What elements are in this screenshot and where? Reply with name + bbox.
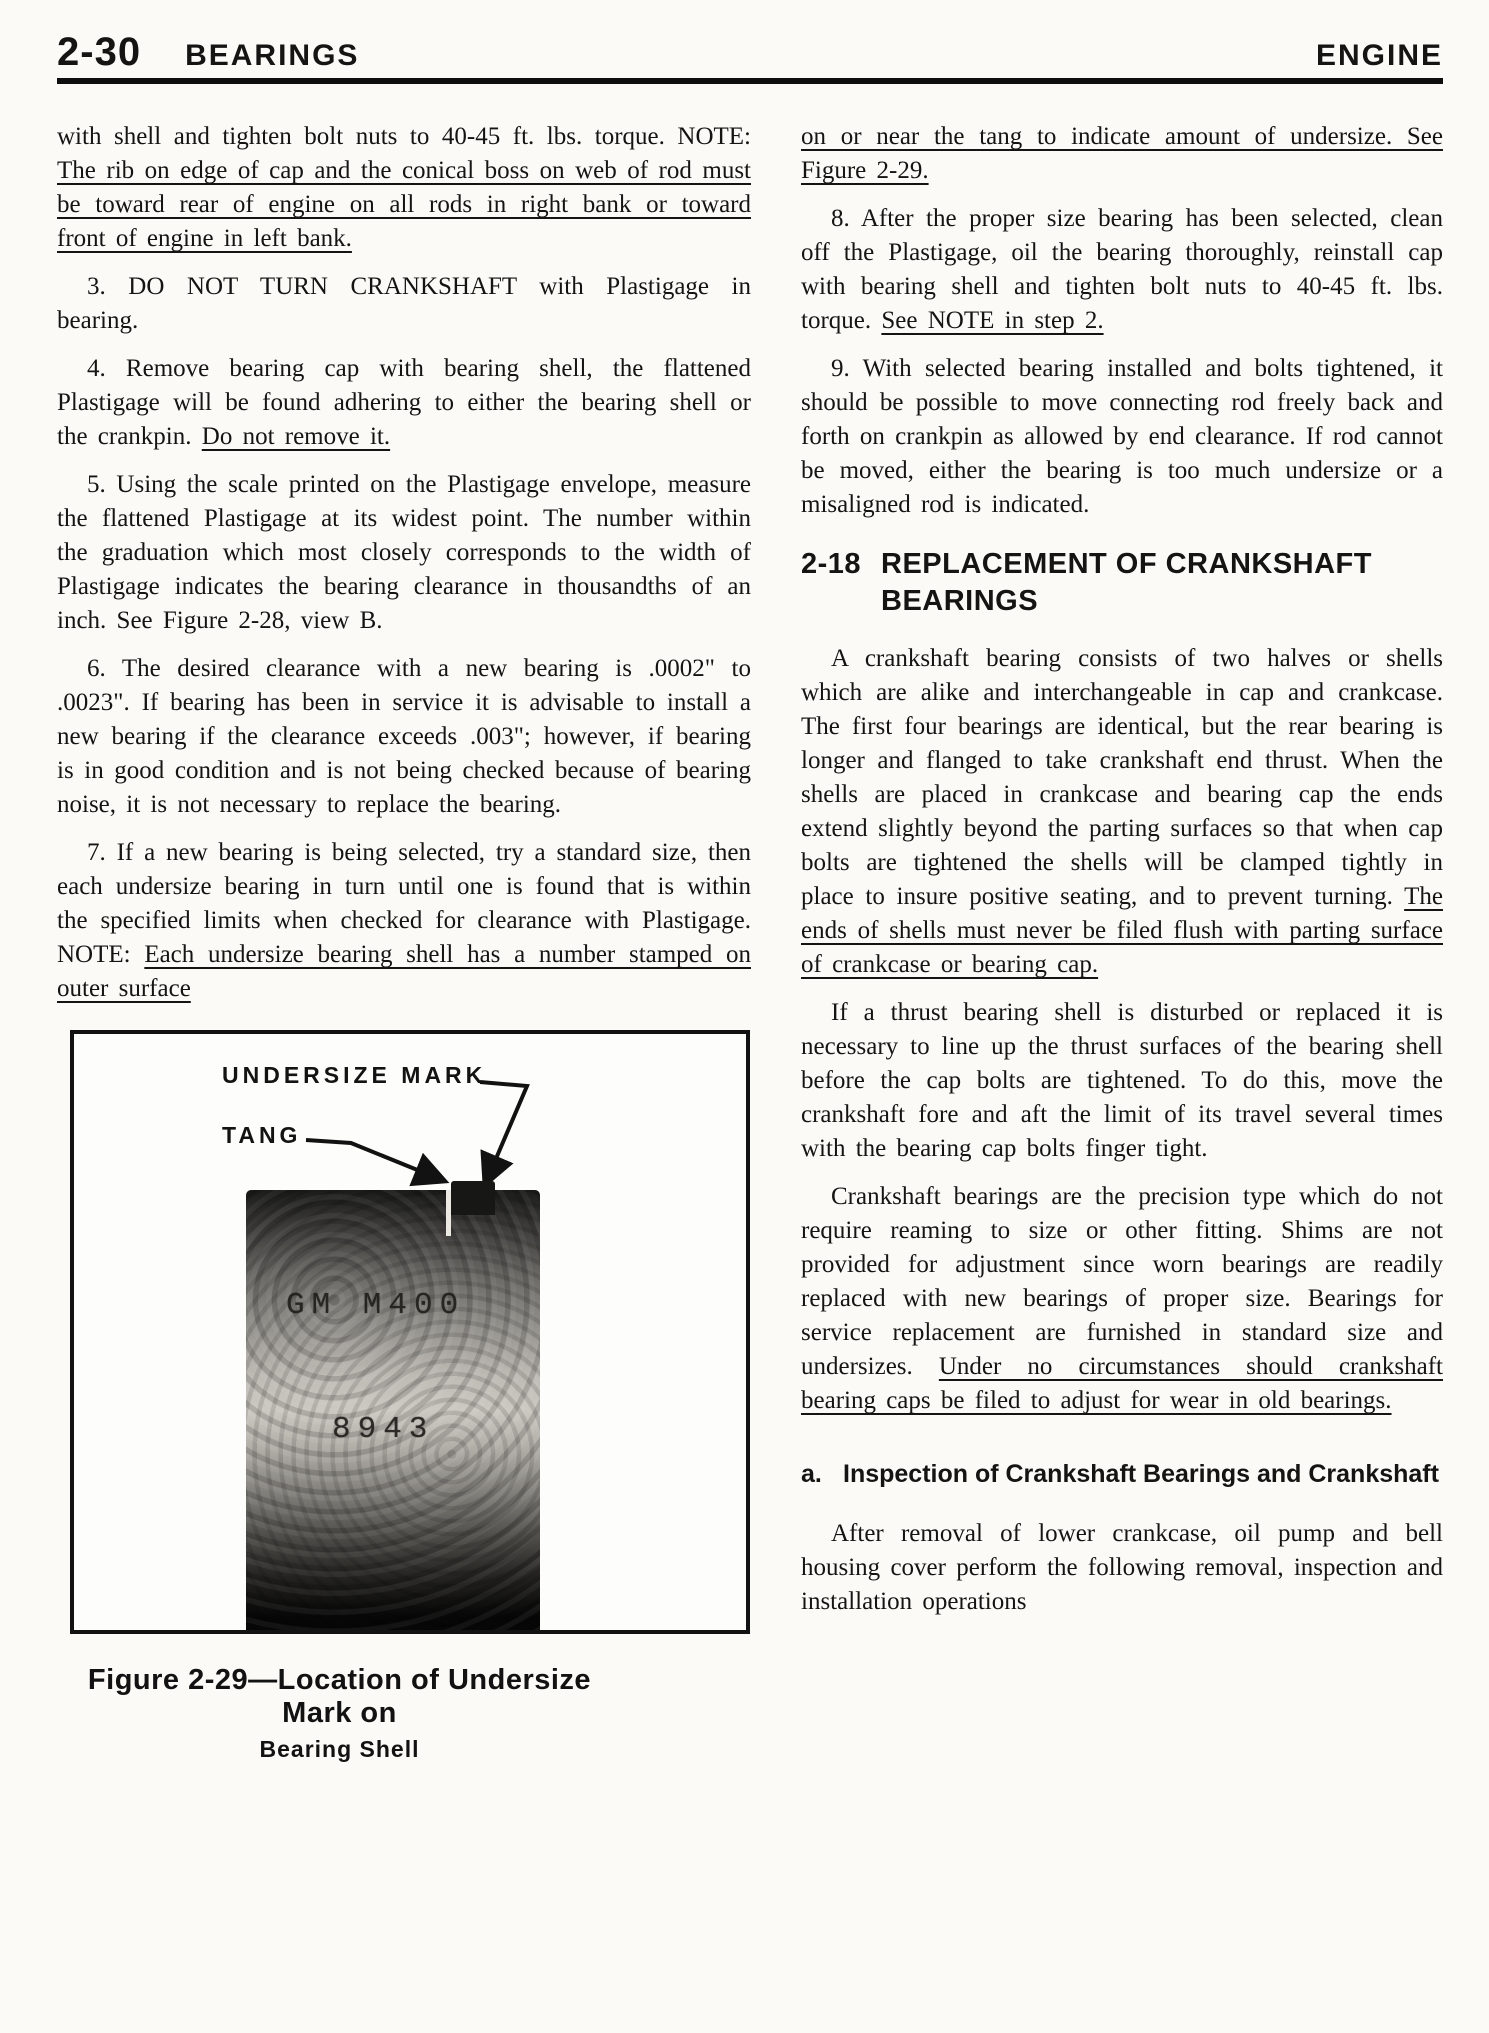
paragraph-step-7: 7. If a new bearing is being selected, t…	[57, 836, 751, 1006]
paragraph-step-3: 3. DO NOT TURN CRANKSHAFT with Plastigag…	[57, 270, 751, 338]
page-chapter-title: ENGINE	[1316, 39, 1443, 73]
tang-arrow	[306, 1140, 442, 1180]
paragraph-crankshaft-bearing: A crankshaft bearing consists of two hal…	[801, 642, 1443, 982]
underlined-text: See NOTE in step 2.	[881, 307, 1103, 334]
underlined-text: The rib on edge of cap and the conical b…	[57, 157, 751, 252]
paragraph-text: 3. DO NOT TURN CRANKSHAFT with Plastigag…	[57, 273, 751, 334]
paragraph-step-8: 8. After the proper size bearing has bee…	[801, 202, 1443, 338]
section-title: REPLACEMENT OF CRANKSHAFT BEARINGS	[881, 546, 1443, 620]
shell-stamp-serial: 8943	[332, 1412, 434, 1447]
subsection-heading-a: a. Inspection of Crankshaft Bearings and…	[801, 1458, 1443, 1491]
paragraph-text: Crankshaft bearings are the precision ty…	[801, 1183, 1443, 1380]
paragraph-text: After removal of lower crankcase, oil pu…	[801, 1520, 1443, 1615]
paragraph-text: If a thrust bearing shell is disturbed o…	[801, 999, 1443, 1162]
paragraph-text: 4. Remove bearing cap with bearing shell…	[57, 355, 751, 450]
running-head: 2-30 BEARINGS ENGINE	[57, 30, 1443, 75]
paragraph-text: 5. Using the scale printed on the Plasti…	[57, 471, 751, 634]
paragraph-text: A crankshaft bearing consists of two hal…	[801, 645, 1443, 910]
paragraph-step-4: 4. Remove bearing cap with bearing shell…	[57, 352, 751, 454]
right-column: on or near the tang to indicate amount o…	[801, 120, 1443, 1763]
underlined-text: Do not remove it.	[202, 423, 390, 450]
underlined-text: Each undersize bearing shell has a numbe…	[57, 941, 751, 1002]
paragraph-text: 6. The desired clearance with a new bear…	[57, 655, 751, 818]
two-column-layout: with shell and tighten bolt nuts to 40-4…	[57, 120, 1443, 1763]
section-number: 2-18	[801, 546, 881, 620]
left-column: with shell and tighten bolt nuts to 40-4…	[57, 120, 751, 1763]
paragraph-step-9: 9. With selected bearing installed and b…	[801, 352, 1443, 522]
paragraph-continued: on or near the tang to indicate amount o…	[801, 120, 1443, 188]
paragraph-precision-type: Crankshaft bearings are the precision ty…	[801, 1180, 1443, 1418]
subsection-title: Inspection of Crankshaft Bearings and Cr…	[843, 1458, 1443, 1491]
page-section-title: BEARINGS	[185, 39, 359, 73]
paragraph-text: with shell and tighten bolt nuts to 40-4…	[57, 123, 751, 150]
figure-2-29: UNDERSIZE MARK TANG GM M400 8943	[70, 1030, 750, 1634]
page-number: 2-30	[57, 30, 141, 75]
paragraph-text: 9. With selected bearing installed and b…	[801, 355, 1443, 518]
manual-page: 2-30 BEARINGS ENGINE with shell and tigh…	[0, 0, 1489, 2033]
figure-caption-line1: Figure 2-29—Location of Undersize Mark o…	[57, 1664, 622, 1730]
figure-caption-line2: Bearing Shell	[57, 1736, 622, 1763]
subsection-letter: a.	[801, 1458, 843, 1491]
figure-caption: Figure 2-29—Location of Undersize Mark o…	[57, 1664, 622, 1763]
paragraph-step-5: 5. Using the scale printed on the Plasti…	[57, 468, 751, 638]
paragraph-continued: with shell and tighten bolt nuts to 40-4…	[57, 120, 751, 256]
underlined-text: on or near the tang to indicate amount o…	[801, 123, 1443, 184]
bearing-shell-photo: GM M400 8943	[246, 1190, 540, 1630]
section-heading-2-18: 2-18 REPLACEMENT OF CRANKSHAFT BEARINGS	[801, 546, 1443, 620]
paragraph-after-removal: After removal of lower crankcase, oil pu…	[801, 1517, 1443, 1619]
undersize-mark-arrow	[480, 1082, 527, 1182]
tang-notch	[446, 1190, 451, 1236]
header-rule	[57, 78, 1443, 84]
shell-stamp-part-number: GM M400	[286, 1288, 465, 1323]
undersize-mark-tab	[451, 1181, 495, 1215]
paragraph-step-6: 6. The desired clearance with a new bear…	[57, 652, 751, 822]
paragraph-thrust-bearing: If a thrust bearing shell is disturbed o…	[801, 996, 1443, 1166]
